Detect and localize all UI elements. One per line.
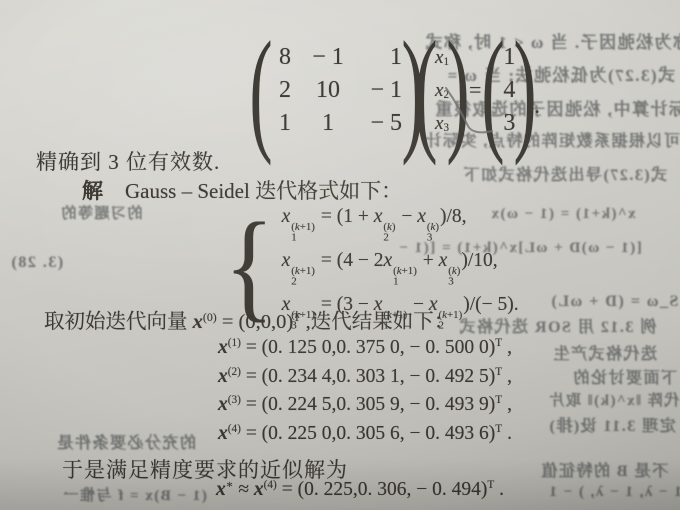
bleed-through-text: 中 S_ω = (D + ωL) [550, 288, 680, 311]
matrix-cell: 1 [302, 107, 354, 140]
matrix-left-paren: ( [258, 40, 265, 140]
linear-system-matrix-equation: ( 8 − 1 1 2 10 − 1 1 1 − 5 ) ( x1 x2 x3 … [254, 40, 540, 140]
bleed-through-text: (1 − B)x = f 与惟一 [62, 484, 207, 505]
iteration-formula-2: x(k+1)2 = (4 − 2x(k+1)1 + x(k)3)/10, [282, 244, 519, 288]
iteration-result-1: x(1) = (0. 125 0,0. 375 0, − 0. 500 0)T … [218, 334, 512, 363]
bleed-through-text: 定理 3.11 设(排) [548, 413, 676, 436]
bleed-through-text: 的习题等的 [60, 202, 143, 223]
matrix-cell: − 1 [356, 74, 404, 107]
iteration-result-4: x(4) = (0. 225 0,0. 305 6, − 0. 493 6)T … [218, 420, 512, 449]
bleed-through-text: 的充分必要条件是 [56, 430, 196, 453]
initial-vector-line: 取初始迭代向量 x(0) = (0,0,0)T ,迭代结果如下： [44, 304, 454, 334]
bleed-through-text: 不是 B 的特征值 [540, 458, 668, 481]
solve-label: 解 [82, 179, 105, 203]
bleed-through-text: (1 − λ, 1 − λ, ) − 1 [548, 484, 680, 501]
equals-sign: = [469, 77, 481, 103]
matrix-cell: 10 [302, 74, 354, 107]
bleed-through-text: (3. 28) [10, 254, 63, 272]
bleed-through-text: 迭代阵 ‖x^(k)‖ 取片 [548, 389, 680, 410]
iteration-results: x(1) = (0. 125 0,0. 375 0, − 0. 500 0)T … [218, 334, 512, 448]
matrix-cell: − 1 [302, 41, 354, 74]
precision-requirement-text: 精确到 3 位有效数. [36, 146, 220, 176]
final-approximation-line: x∗ ≈ x(4) = (0. 225,0. 306, − 0. 494)T . [216, 479, 504, 501]
unknown-vector-left-paren: ( [423, 40, 429, 140]
system-brace: { [224, 218, 274, 314]
rhs-vector-right-paren: ) [522, 40, 528, 140]
matrix-cell: 8 [270, 41, 300, 74]
matrix-cell: − 5 [356, 107, 404, 140]
sentence-period: . [534, 93, 540, 119]
matrix-cell: 2 [270, 74, 300, 107]
iteration-result-3: x(3) = (0. 224 5,0. 305 9, − 0. 493 9)T … [218, 391, 512, 420]
bleed-through-text: 迭代格式产生 [552, 341, 657, 364]
iteration-formula-1: x(k+1)1 = (1 + x(k)2 − x(k)3)/8, [282, 200, 519, 244]
matrix-cell: 1 [270, 107, 300, 140]
photographed-textbook-page: 中 ω 称为松弛因子. 当 ω < 1 时, 称式3.6.5 式(3.27)为低… [0, 0, 680, 510]
rhs-vector-left-paren: ( [490, 40, 496, 140]
coefficient-matrix: 8 − 1 1 2 10 − 1 1 1 − 5 [268, 41, 406, 140]
bleed-through-text: 下面要讨论的 [572, 365, 677, 388]
iteration-result-2: x(2) = (0. 234 4,0. 303 1, − 0. 492 5)T … [218, 363, 512, 392]
matrix-cell: 1 [356, 41, 404, 74]
unknown-vector-right-paren: ) [455, 40, 461, 140]
